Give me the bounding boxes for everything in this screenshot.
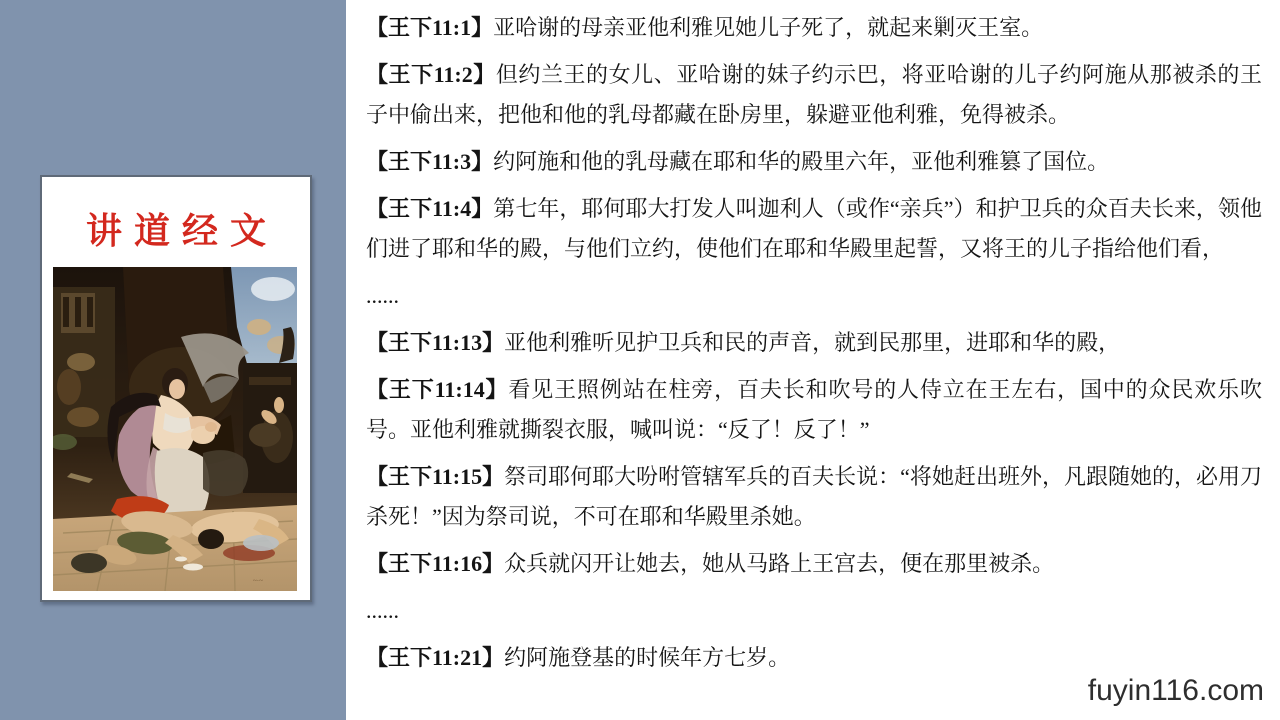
verse-text: 约阿施和他的乳母藏在耶和华的殿里六年，亚他利雅篡了国位。 — [493, 149, 1109, 174]
verse-text: ...... — [366, 283, 399, 308]
card-title: 讲道经文 — [42, 203, 310, 254]
verse-text: 亚他利雅听见护卫兵和民的声音，就到民那里，进耶和华的殿， — [504, 330, 1120, 355]
verse-ref: 【王下11:14】 — [366, 377, 508, 402]
verse-ref: 【王下11:15】 — [366, 464, 504, 489]
verse-paragraph: 【王下11:14】看见王照例站在柱旁，百夫长和吹号的人侍立在王左右，国中的众民欢… — [366, 370, 1262, 450]
verse-text: ...... — [366, 598, 399, 623]
verse-paragraph: 【王下11:13】亚他利雅听见护卫兵和民的声音，就到民那里，进耶和华的殿， — [366, 323, 1262, 363]
verse-ref: 【王下11:13】 — [366, 330, 504, 355]
verse-text: 约阿施登基的时候年方七岁。 — [504, 645, 790, 670]
verse-ref: 【王下11:21】 — [366, 645, 504, 670]
verse-text: 众兵就闪开让她去，她从马路上王宫去，便在那里被杀。 — [504, 551, 1054, 576]
verse-paragraph: ...... — [366, 591, 1262, 631]
slide: 讲道经文 — [0, 0, 1280, 720]
verse-text: 但约兰王的女儿、亚哈谢的妹子约示巴，将亚哈谢的儿子约阿施从那被杀的王子中偷出来，… — [366, 62, 1262, 127]
verse-text: 亚哈谢的母亲亚他利雅见她儿子死了，就起来剿灭王室。 — [493, 15, 1043, 40]
verse-ref: 【王下11:3】 — [366, 149, 493, 174]
verse-ref: 【王下11:1】 — [366, 15, 493, 40]
scripture-card: 讲道经文 — [40, 175, 312, 602]
verse-paragraph: 【王下11:1】亚哈谢的母亲亚他利雅见她儿子死了，就起来剿灭王室。 — [366, 8, 1262, 48]
verse-paragraph: 【王下11:21】约阿施登基的时候年方七岁。 — [366, 638, 1262, 678]
verse-ref: 【王下11:2】 — [366, 62, 496, 87]
verse-paragraph: 【王下11:2】但约兰王的女儿、亚哈谢的妹子约示巴，将亚哈谢的儿子约阿施从那被杀… — [366, 55, 1262, 135]
verse-paragraph: ...... — [366, 276, 1262, 316]
svg-text:~·~: ~·~ — [253, 577, 263, 585]
verse-paragraph: 【王下11:3】约阿施和他的乳母藏在耶和华的殿里六年，亚他利雅篡了国位。 — [366, 142, 1262, 182]
verse-ref: 【王下11:16】 — [366, 551, 504, 576]
verse-paragraph: 【王下11:16】众兵就闪开让她去，她从马路上王宫去，便在那里被杀。 — [366, 544, 1262, 584]
verse-paragraph: 【王下11:15】祭司耶何耶大吩咐管辖军兵的百夫长说：“将她赶出班外，凡跟随她的… — [366, 457, 1262, 537]
sidebar-panel: 讲道经文 — [0, 0, 346, 720]
watermark: fuyin116.com — [1088, 674, 1264, 708]
verse-paragraph: 【王下11:4】第七年，耶何耶大打发人叫迦利人（或作“亲兵”）和护卫兵的众百夫长… — [366, 189, 1262, 269]
verse-ref: 【王下11:4】 — [366, 196, 493, 221]
verse-text: 第七年，耶何耶大打发人叫迦利人（或作“亲兵”）和护卫兵的众百夫长来，领他们进了耶… — [366, 196, 1262, 261]
scripture-painting: ~·~ — [53, 267, 297, 591]
verse-column: 【王下11:1】亚哈谢的母亲亚他利雅见她儿子死了，就起来剿灭王室。 【王下11:… — [366, 8, 1262, 685]
